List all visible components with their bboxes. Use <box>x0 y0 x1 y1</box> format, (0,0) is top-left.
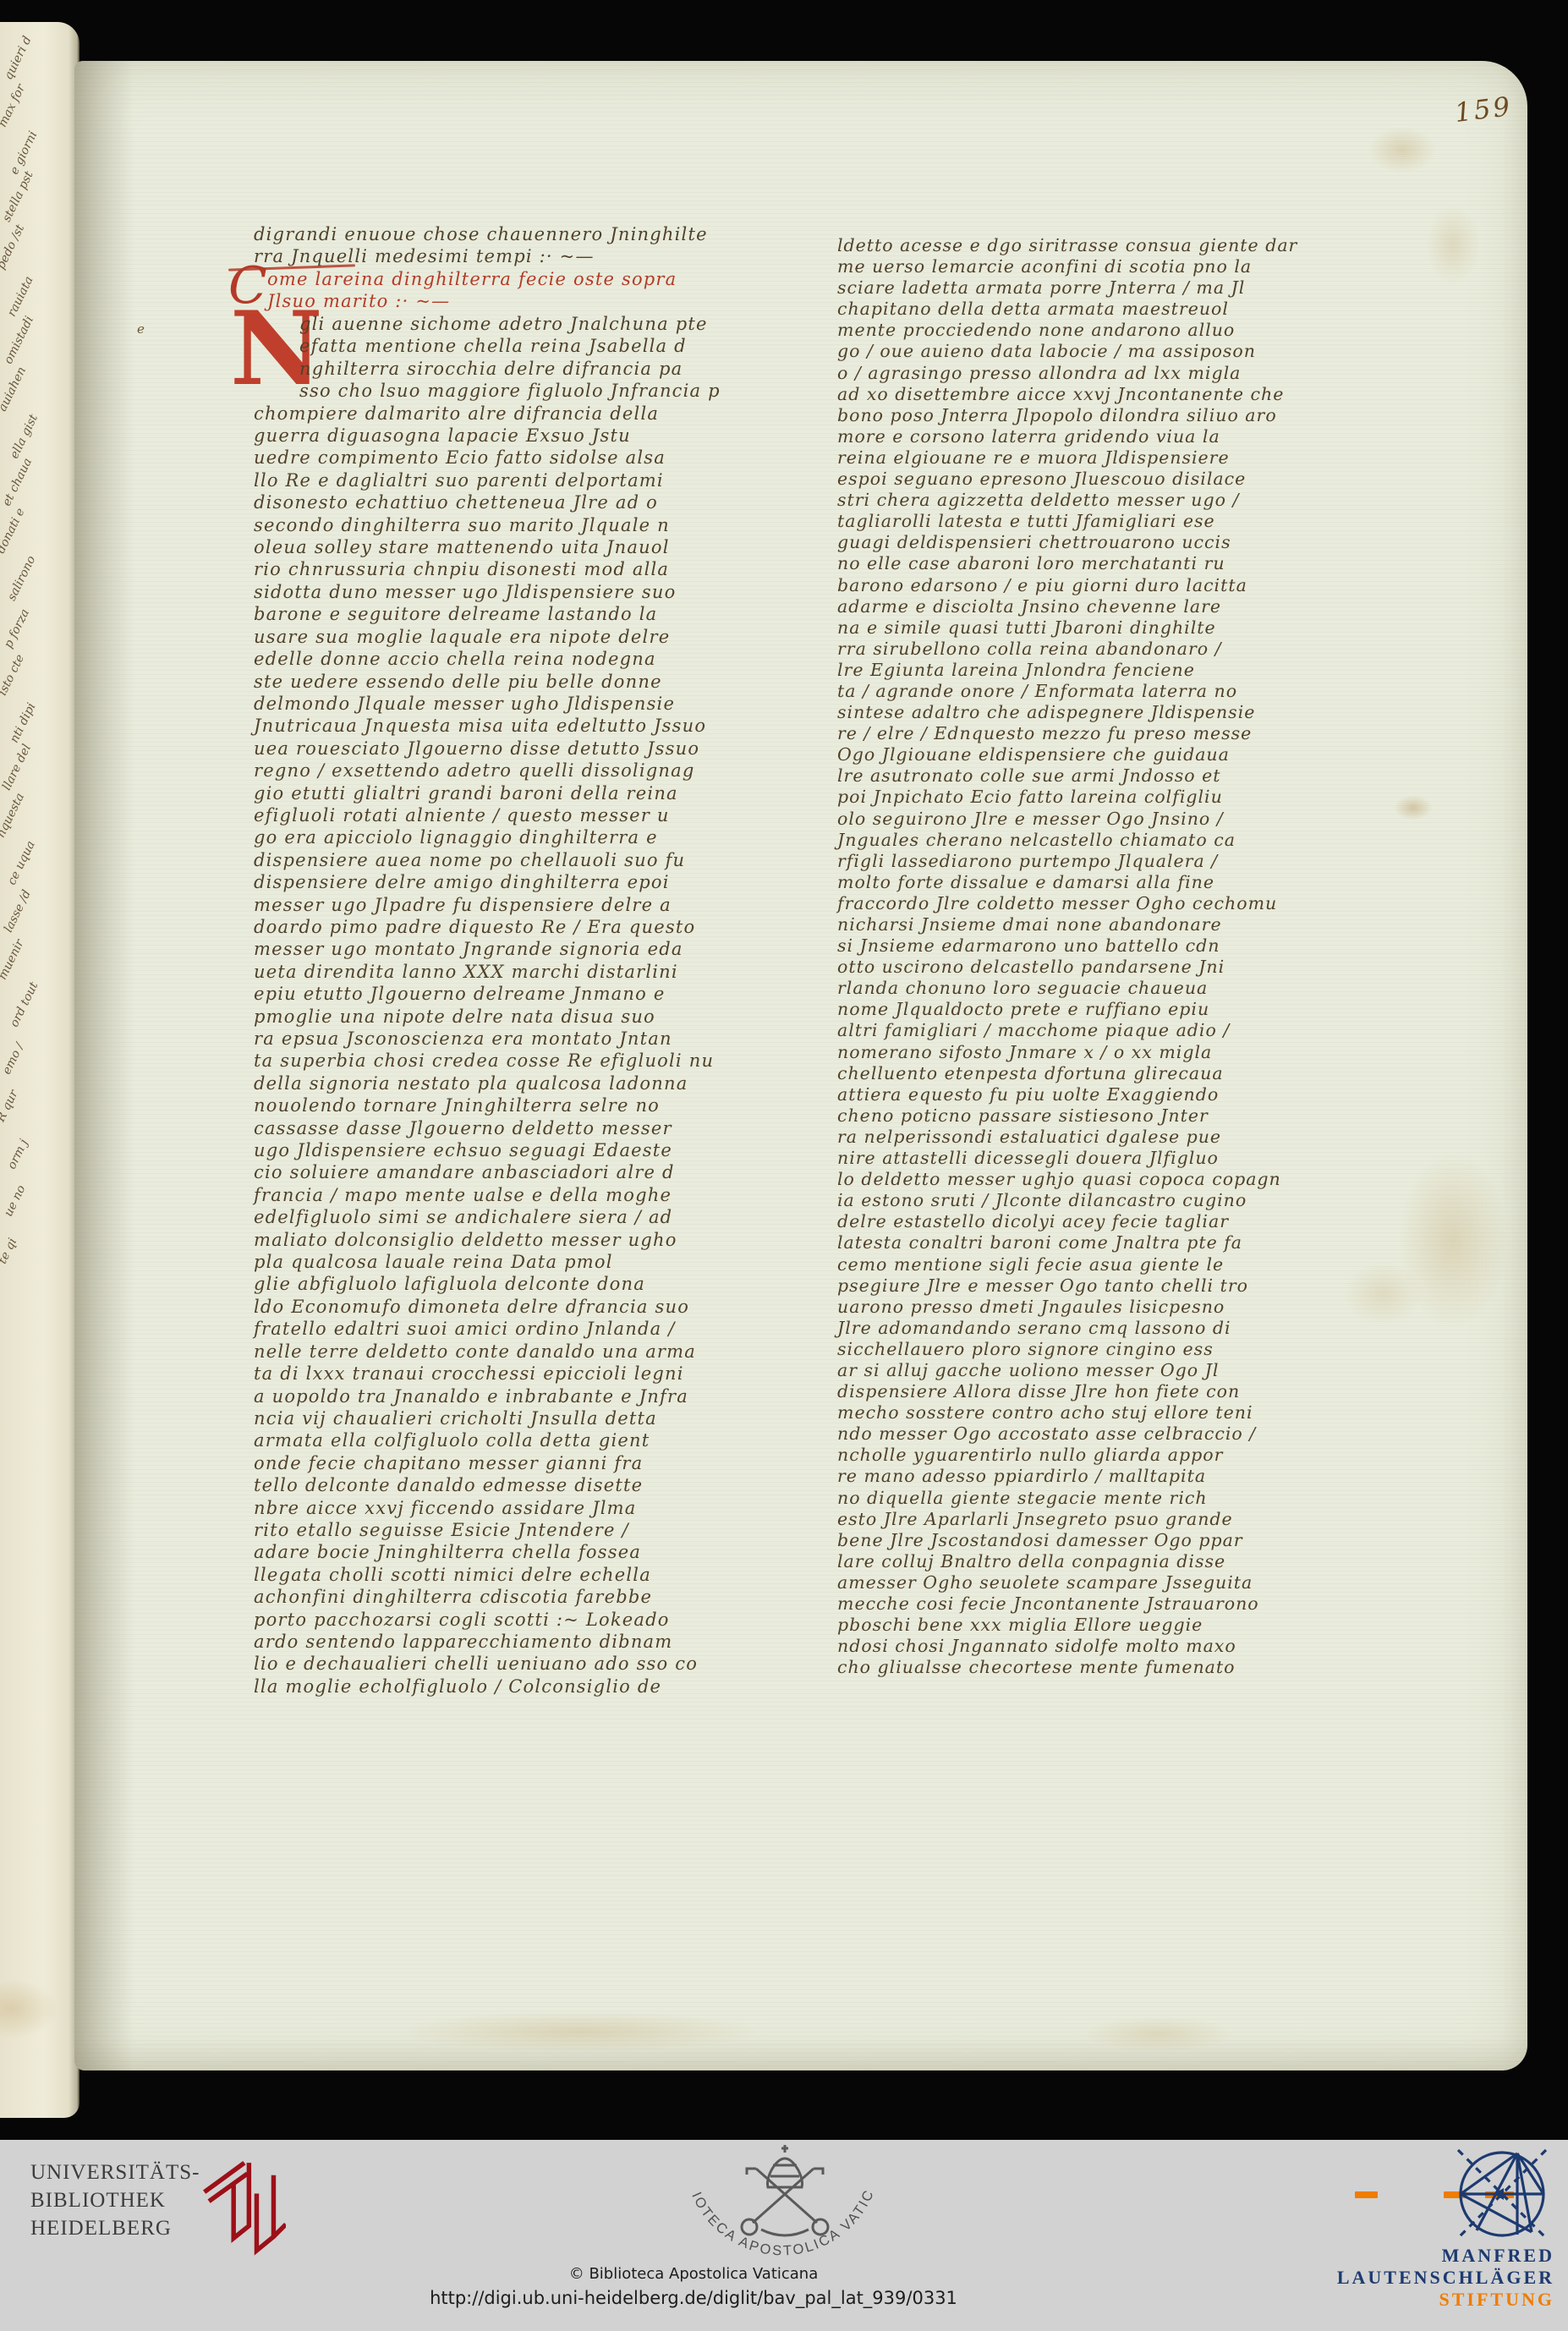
marginalia-fragment: donati e <box>0 506 28 556</box>
scanned-manuscript-viewer: quieri dmax fore giornistella pstpedo /s… <box>0 0 1568 2331</box>
marginalia-fragment: ce uqua <box>5 839 38 887</box>
column1-lines: gli auenne sichome adetro Jnalchuna pte … <box>254 314 721 1697</box>
marginalia-fragment: lasse /d <box>2 888 34 935</box>
ub-heidelberg-wordmark: UNIVERSITÄTS- BIBLIOTHEK HEIDELBERG <box>30 2158 200 2242</box>
marginalia-fragment: max for <box>0 82 28 129</box>
stain <box>1084 2016 1232 2052</box>
gutter-shadow <box>74 61 134 2070</box>
mls-line1: MANFRED <box>1337 2245 1554 2267</box>
column1-body-text: Ngli auenne sichome adetro Jnalchuna pte… <box>254 313 743 1698</box>
mls-line3: STIFTUNG <box>1337 2289 1554 2311</box>
ub-line3: HEIDELBERG <box>30 2214 200 2242</box>
marginalia-fragment: ue no <box>2 1183 29 1219</box>
ub-heidelberg-book-icon <box>201 2148 286 2257</box>
drop-cap-initial-n: N <box>230 316 293 384</box>
ub-line2: BIBLIOTHEK <box>30 2186 200 2214</box>
stain <box>1394 795 1433 820</box>
rubric-text: ome lareina dinghilterra fecie oste sopr… <box>267 269 677 311</box>
marginalia-fragment: rauiata <box>5 274 36 319</box>
copyright-line: © Biblioteca Apostolica Vaticana <box>271 2263 1116 2285</box>
marginalia-fragment: pedo /st <box>0 222 27 271</box>
marginalia-fragment: nti dipi <box>8 701 38 745</box>
source-url: http://digi.ub.uni-heidelberg.de/diglit/… <box>271 2285 1116 2311</box>
left-page-edge: quieri dmax fore giornistella pstpedo /s… <box>0 22 79 2118</box>
stain <box>1368 127 1436 173</box>
marginalia-fragment: orm j <box>5 1138 31 1171</box>
mls-globe-icon <box>1451 2143 1553 2245</box>
column2-body-text: ldetto acesse e dgo siritrasse consua gi… <box>837 235 1345 1678</box>
stain <box>1426 205 1480 285</box>
stain <box>1398 1152 1508 1330</box>
mls-dash <box>1355 2191 1378 2198</box>
marginalia-fragment: ella gist <box>8 412 41 461</box>
stain <box>397 2011 761 2052</box>
marginalia-fragment: muenir <box>0 937 27 982</box>
marginalia-fragment: omistadi <box>2 314 36 366</box>
mls-line2: LAUTENSCHLÄGER <box>1337 2267 1554 2289</box>
marginalia-fragment: llare del <box>0 742 34 793</box>
marginalia-fragment: auiahen <box>0 365 29 414</box>
marginalia-fragment: nquesta <box>0 791 27 840</box>
column1-rubric: Come lareina dinghilterra fecie oste sop… <box>254 268 743 313</box>
stain <box>1343 1262 1423 1325</box>
marginalia-fragment: quieri d <box>2 34 35 82</box>
marginalia-fragment: salirono <box>5 554 38 603</box>
mls-wordmark: MANFRED LAUTENSCHLÄGER STIFTUNG <box>1337 2245 1554 2311</box>
guide-letter: e <box>137 321 145 337</box>
footer-center-text: © Biblioteca Apostolica Vaticana http://… <box>271 2263 1116 2311</box>
marginalia-fragment: et chaua <box>0 456 35 508</box>
marginalia-fragment: ord tout <box>8 980 41 1029</box>
manuscript-page: 159 e digrandi enuoue chose chauennero J… <box>74 61 1527 2070</box>
column1-intro-lines: digrandi enuoue chose chauennero Jninghi… <box>254 223 743 268</box>
ub-line1: UNIVERSITÄTS- <box>30 2158 200 2186</box>
marginalia-fragment: R qur <box>0 1088 21 1124</box>
marginalia-fragment: emo / <box>0 1041 27 1077</box>
marginalia-fragment: stella pst <box>0 169 36 224</box>
marginalia-fragment: p forza <box>2 607 32 650</box>
marginalia-fragment: te qi <box>0 1236 19 1266</box>
folio-number: 159 <box>1453 91 1514 129</box>
vatican-library-emblem-icon: BIBLIOTECA APOSTOLICA VATICANA <box>677 2142 888 2265</box>
marginalia-fragment: isto cte <box>0 652 27 698</box>
